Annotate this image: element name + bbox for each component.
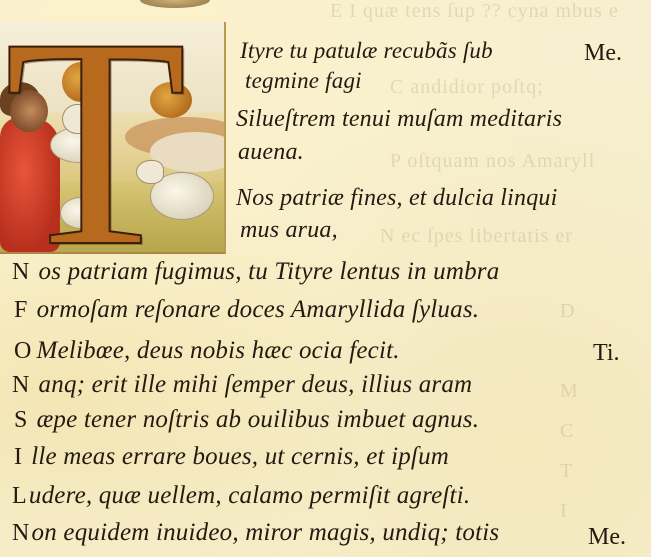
verse-line-8: Formoſam reſonare doces Amaryllida ſylua… (14, 295, 479, 325)
show-through-text: C andidior poſtq; (390, 76, 544, 99)
verse-text: os patriam fugimus, tu Tityre lentus in … (39, 258, 500, 285)
verse-text: ormoſam reſonare doces Amaryllida ſyluas… (37, 296, 480, 323)
verse-text: Ityre tu patulæ recubãs ſub (240, 38, 493, 63)
line-initial: N (12, 370, 30, 400)
verse-line-12: Ille meas errare boues, ut cernis, et ip… (14, 442, 449, 472)
line-initial: N (12, 257, 30, 287)
verse-text: lle meas errare boues, ut cernis, et ipſ… (31, 443, 449, 470)
line-initial: I (14, 442, 22, 472)
line-initial: F (14, 295, 28, 325)
verse-line-13: Ludere, quæ uellem, calamo permiſit agre… (12, 481, 470, 511)
verse-text: æpe tener noſtris ab ouilibus imbuet agn… (37, 406, 480, 433)
verse-text: tegmine fagi (245, 68, 362, 93)
illuminated-initial: T (0, 22, 226, 254)
verse-line-11: Sæpe tener noſtris ab ouilibus imbuet ag… (14, 405, 479, 435)
verse-text: auena. (238, 139, 304, 165)
line-initial: O (14, 336, 32, 366)
verse-line-1: Ityre tu patulæ recubãs ſub (240, 36, 493, 66)
show-through-text: E I quæ tens ſup ?? cyna mbus e (330, 0, 619, 23)
manuscript-page: E I quæ tens ſup ?? cyna mbus e C andidi… (0, 0, 651, 557)
show-through-text: C (560, 420, 574, 443)
show-through-text: T (560, 460, 573, 483)
line-initial: S (14, 405, 28, 435)
verse-text: Nos patriæ fines, et dulcia linqui (236, 185, 557, 211)
speaker-label: Me. (588, 522, 626, 552)
verse-line-6: mus arua, (240, 215, 338, 245)
line-initial: N (12, 518, 30, 548)
verse-line-4: auena. (238, 137, 304, 167)
verse-line-3: Silueſtrem tenui muſam meditaris (236, 104, 562, 134)
speaker-label: Me. (584, 38, 622, 68)
verse-line-9: OMelibœe, deus nobis hæc ocia fecit. (14, 336, 400, 366)
verse-line-10: Nanq; erit ille mihi ſemper deus, illius… (12, 370, 472, 400)
verse-text: anq; erit ille mihi ſemper deus, illius … (39, 371, 473, 398)
show-through-text: N ec ſpes libertatis er (380, 225, 573, 248)
verse-text: udere, quæ uellem, calamo permiſit agreſ… (29, 482, 470, 509)
verse-text: Melibœe, deus nobis hæc ocia fecit. (37, 337, 400, 364)
verse-line-5: Nos patriæ fines, et dulcia linqui (236, 183, 557, 213)
verse-text: mus arua, (240, 217, 338, 243)
speaker-label: Ti. (593, 338, 619, 368)
show-through-text: M (560, 380, 579, 403)
initial-letter: T (4, 22, 187, 254)
show-through-text: I (560, 500, 568, 523)
verse-text: on equidem inuideo, miror magis, undiq; … (32, 519, 500, 546)
show-through-text: D (560, 300, 575, 323)
top-ornament (140, 0, 210, 8)
line-initial: L (12, 481, 27, 511)
verse-line-14: Non equidem inuideo, miror magis, undiq;… (12, 518, 499, 548)
show-through-text: P oſtquam nos Amaryll (390, 150, 595, 173)
verse-line-7: Nos patriam fugimus, tu Tityre lentus in… (12, 257, 499, 287)
verse-text: Silueſtrem tenui muſam meditaris (236, 106, 562, 132)
verse-line-2: tegmine fagi (245, 66, 362, 96)
